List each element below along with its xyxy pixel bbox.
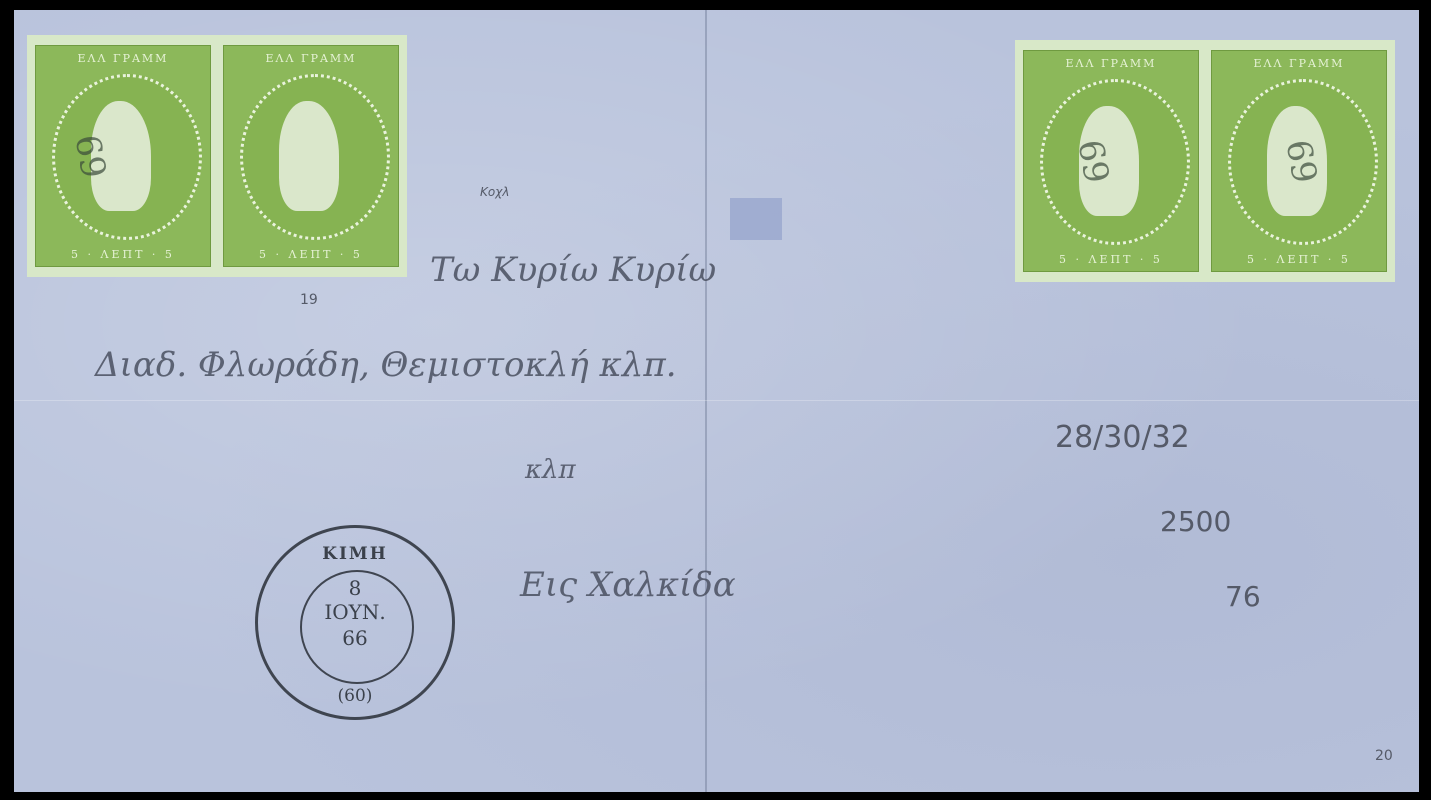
postmark-year: 66 — [258, 626, 452, 650]
address-line-4: Εις Χαλκίδα — [520, 565, 736, 605]
pencil-lot: 76 — [1225, 580, 1261, 613]
circular-datestamp: ΚΙΜΗ 8 ΙΟΥΝ. 66 (60) — [255, 525, 455, 720]
address-line-2: Διαδ. Φλωράδη, Θεμιστοκλή κλπ. — [95, 345, 677, 385]
postmark-day: 8 — [258, 576, 452, 600]
stamp: ΕΛΛ ΓΡΑΜΜ 5 · ΛΕΠΤ · 5 — [223, 45, 399, 267]
blue-mark — [730, 198, 782, 240]
stamp-value-text: 5 · ΛΕΠΤ · 5 — [1212, 253, 1386, 266]
pencil-corner-note: 20 — [1375, 748, 1393, 764]
stamp-top-text: ΕΛΛ ΓΡΑΜΜ — [1212, 57, 1386, 70]
address-line-3: κλπ — [525, 455, 576, 485]
numeral-cancel: 69 — [1280, 136, 1327, 186]
stamp-top-text: ΕΛΛ ΓΡΑΜΜ — [36, 52, 210, 65]
address-line-1: Τω Κυρίω Κυρίω — [430, 250, 716, 290]
stamp-value-text: 5 · ΛΕΠΤ · 5 — [1024, 253, 1198, 266]
horizontal-fold — [14, 400, 1419, 401]
pencil-references: 28/30/32 — [1055, 420, 1190, 455]
numeral-cancel: 69 — [69, 131, 116, 181]
stamp-value-text: 5 · ΛΕΠΤ · 5 — [224, 248, 398, 261]
postmark-number: (60) — [258, 686, 452, 706]
stamp-value-text: 5 · ΛΕΠΤ · 5 — [36, 248, 210, 261]
pencil-price: 2500 — [1160, 505, 1231, 538]
stamp-top-text: ΕΛΛ ΓΡΑΜΜ — [224, 52, 398, 65]
center-fold — [705, 10, 707, 792]
hermes-head-icon — [279, 101, 339, 211]
stamp: ΕΛΛ ΓΡΑΜΜ 69 5 · ΛΕΠΤ · 5 — [35, 45, 211, 267]
numeral-cancel: 69 — [1072, 136, 1119, 186]
postmark-town: ΚΙΜΗ — [258, 544, 452, 564]
stamp-pair-right: ΕΛΛ ΓΡΑΜΜ 69 5 · ΛΕΠΤ · 5 ΕΛΛ ΓΡΑΜΜ 69 5… — [1015, 40, 1395, 282]
stamp: ΕΛΛ ΓΡΑΜΜ 69 5 · ΛΕΠΤ · 5 — [1023, 50, 1199, 272]
pencil-note: Κοχλ — [480, 185, 509, 199]
stamp-pair-left: ΕΛΛ ΓΡΑΜΜ 69 5 · ΛΕΠΤ · 5 ΕΛΛ ΓΡΑΜΜ 5 · … — [27, 35, 407, 277]
stamp-top-text: ΕΛΛ ΓΡΑΜΜ — [1024, 57, 1198, 70]
stamp: ΕΛΛ ΓΡΑΜΜ 69 5 · ΛΕΠΤ · 5 — [1211, 50, 1387, 272]
postmark-month: ΙΟΥΝ. — [258, 600, 452, 624]
pencil-note: 19 — [300, 292, 318, 308]
